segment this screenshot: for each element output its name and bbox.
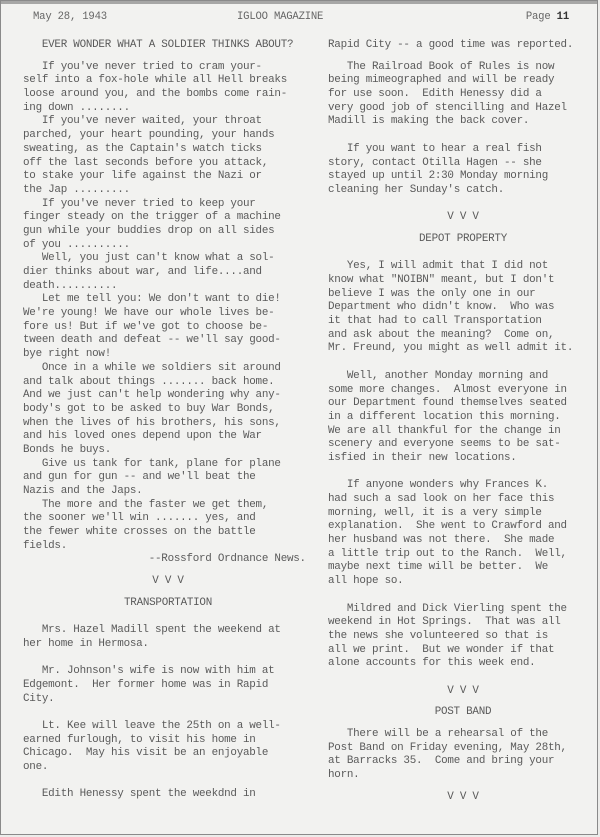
spacer bbox=[23, 567, 313, 575]
text-line: cleaning her Sunday's catch. bbox=[328, 184, 598, 198]
paragraph: There will be a rehearsal of thePost Ban… bbox=[328, 728, 598, 783]
text-line: weekend in Hot Springs. That was all bbox=[328, 616, 598, 630]
text-line: when the lives of his brothers, his sons… bbox=[23, 417, 313, 431]
spacer bbox=[23, 611, 313, 625]
text-line: Lt. Kee will leave the 25th on a well- bbox=[23, 720, 313, 734]
text-line: Department who didn't know. Who was bbox=[328, 301, 598, 315]
text-line: The Railroad Book of Rules is now bbox=[328, 61, 598, 75]
text-line: Edith Henessy spent the weekdnd in bbox=[23, 788, 313, 802]
text-line: know what "NOIBN" meant, but I don't bbox=[328, 274, 598, 288]
text-line: the sooner we'll win ....... yes, and bbox=[23, 512, 313, 526]
right-column: Rapid City -- a good time was reported. … bbox=[328, 39, 598, 804]
text-line: If you've never waited, your throat bbox=[23, 115, 313, 129]
spacer bbox=[23, 706, 313, 720]
spacer bbox=[328, 198, 598, 212]
text-line: Madill is making the back cover. bbox=[328, 115, 598, 129]
spacer bbox=[328, 720, 598, 728]
text-line: at Barracks 35. Come and bring your bbox=[328, 755, 598, 769]
text-line: to stake your life against the Nazi or bbox=[23, 170, 313, 184]
text-line: Nazis and the Japs. bbox=[23, 485, 313, 499]
text-line: a little trip out to the Ranch. Well, bbox=[328, 548, 598, 562]
text-line: Chicago. May his visit be an enjoyable bbox=[23, 747, 313, 761]
scan-edge bbox=[1, 1, 597, 4]
text-line: of you .......... bbox=[23, 239, 313, 253]
text-line: isfied in their new locations. bbox=[328, 452, 598, 466]
text-line: stayed up until 2:30 Monday morning bbox=[328, 170, 598, 184]
text-line: off the last seconds before you attack, bbox=[23, 157, 313, 171]
text-line: We are all thankful for the change in bbox=[328, 425, 598, 439]
text-line: If you've never tried to keep your bbox=[23, 198, 313, 212]
text-line: parched, your heart pounding, your hands bbox=[23, 129, 313, 143]
page-label: Page bbox=[526, 11, 551, 23]
text-line: Mr. Freund, you might as well admit it. bbox=[328, 342, 598, 356]
text-line: it that had to call Transportation bbox=[328, 315, 598, 329]
text-line: dier thinks about war, and life....and bbox=[23, 266, 313, 280]
spacer bbox=[328, 356, 598, 370]
text-line: bye right now! bbox=[23, 348, 313, 362]
text-line: her home in Hermosa. bbox=[23, 638, 313, 652]
section-divider: V V V bbox=[328, 211, 598, 225]
spacer bbox=[328, 53, 598, 61]
spacer bbox=[328, 225, 598, 233]
paragraph: Mildred and Dick Vierling spent theweeke… bbox=[328, 603, 598, 671]
text-line: and ask about the meaning? Come on, bbox=[328, 329, 598, 343]
text-line: morning, well, it is a very simple bbox=[328, 507, 598, 521]
text-line: all hope so. bbox=[328, 575, 598, 589]
text-line: Edgemont. Her former home was in Rapid bbox=[23, 679, 313, 693]
text-line: fields. bbox=[23, 540, 313, 554]
text-line: If you've never tried to cram your- bbox=[23, 61, 313, 75]
text-line: all we print. But we wonder if that bbox=[328, 644, 598, 658]
spacer bbox=[23, 652, 313, 666]
continued-text: Rapid City -- a good time was reported. bbox=[328, 39, 598, 53]
text-line: City. bbox=[23, 693, 313, 707]
text-line: Let me tell you: We don't want to die! bbox=[23, 293, 313, 307]
text-line: finger steady on the trigger of a machin… bbox=[23, 211, 313, 225]
paragraph: Well, another Monday morning andsome mor… bbox=[328, 370, 598, 466]
article-body: If you've never tried to cram your-self … bbox=[23, 61, 313, 554]
text-line: her husband was not there. She made bbox=[328, 534, 598, 548]
text-line: and gun for gun -- and we'll beat the bbox=[23, 471, 313, 485]
section-title-depot-property: DEPOT PROPERTY bbox=[328, 233, 598, 247]
paragraph: If anyone wonders why Frances K.had such… bbox=[328, 479, 598, 589]
magazine-page: May 28, 1943 IGLOO MAGAZINE Page 11 EVER… bbox=[0, 0, 598, 835]
section-divider: V V V bbox=[328, 791, 598, 805]
text-line: and his loved ones depend upon the War bbox=[23, 430, 313, 444]
text-line: the news she volunteered so that is bbox=[328, 630, 598, 644]
text-line: earned furlough, to visit his home in bbox=[23, 734, 313, 748]
paragraph: The Railroad Book of Rules is nowbeing m… bbox=[328, 61, 598, 129]
paragraph: Yes, I will admit that I did notknow wha… bbox=[328, 260, 598, 356]
text-line: scenery and everyone seems to be sat- bbox=[328, 438, 598, 452]
text-line: ing down ........ bbox=[23, 102, 313, 116]
text-line: Post Band on Friday evening, May 28th, bbox=[328, 742, 598, 756]
text-line: the fewer white crosses on the battle bbox=[23, 526, 313, 540]
article-attribution: --Rossford Ordnance News. bbox=[23, 553, 313, 567]
spacer bbox=[328, 671, 598, 685]
spacer bbox=[23, 53, 313, 61]
page-number: Page 11 bbox=[526, 11, 569, 23]
text-line: And we just can't help wondering why any… bbox=[23, 389, 313, 403]
text-line: Yes, I will admit that I did not bbox=[328, 260, 598, 274]
paragraph: If you want to hear a real fishstory, co… bbox=[328, 143, 598, 198]
text-line: very good job of stencilling and Hazel bbox=[328, 102, 598, 116]
text-line: fore us! But if we've got to choose be- bbox=[23, 321, 313, 335]
text-line: Well, another Monday morning and bbox=[328, 370, 598, 384]
spacer bbox=[328, 247, 598, 261]
spacer bbox=[328, 129, 598, 143]
article-title: EVER WONDER WHAT A SOLDIER THINKS ABOUT? bbox=[23, 39, 313, 53]
text-line: If you want to hear a real fish bbox=[328, 143, 598, 157]
text-line: Give us tank for tank, plane for plane bbox=[23, 458, 313, 472]
text-line: being mimeographed and will be ready bbox=[328, 74, 598, 88]
text-line: If anyone wonders why Frances K. bbox=[328, 479, 598, 493]
text-line: believe I was the only one in our bbox=[328, 288, 598, 302]
text-line: sweating, as the Captain's watch ticks bbox=[23, 143, 313, 157]
section-divider: V V V bbox=[23, 575, 313, 589]
page-number-value: 11 bbox=[557, 11, 569, 23]
text-line: We're young! We have our whole lives be- bbox=[23, 307, 313, 321]
text-line: There will be a rehearsal of the bbox=[328, 728, 598, 742]
paragraph: Mrs. Hazel Madill spent the weekend athe… bbox=[23, 624, 313, 651]
section-title-transportation: TRANSPORTATION bbox=[23, 597, 313, 611]
text-line: had such a sad look on her face this bbox=[328, 493, 598, 507]
spacer bbox=[23, 589, 313, 597]
publication-title: IGLOO MAGAZINE bbox=[237, 11, 323, 23]
section-divider: V V V bbox=[328, 685, 598, 699]
text-line: horn. bbox=[328, 769, 598, 783]
text-line: one. bbox=[23, 761, 313, 775]
text-line: loose around you, and the bombs come rai… bbox=[23, 88, 313, 102]
text-line: story, contact Otilla Hagen -- she bbox=[328, 157, 598, 171]
text-line: alone accounts for this week end. bbox=[328, 657, 598, 671]
text-line: Bonds he buys. bbox=[23, 444, 313, 458]
text-line: our Department found themselves seated bbox=[328, 397, 598, 411]
paragraph: Edith Henessy spent the weekdnd in bbox=[23, 788, 313, 802]
spacer bbox=[23, 775, 313, 789]
text-line: for use soon. Edith Henessy did a bbox=[328, 88, 598, 102]
section-title-post-band: POST BAND bbox=[328, 706, 598, 720]
left-column: EVER WONDER WHAT A SOLDIER THINKS ABOUT?… bbox=[23, 39, 313, 802]
spacer bbox=[328, 698, 598, 706]
text-line: Mildred and Dick Vierling spent the bbox=[328, 603, 598, 617]
text-line: explanation. She went to Crawford and bbox=[328, 520, 598, 534]
issue-date: May 28, 1943 bbox=[33, 11, 107, 23]
text-line: Mr. Johnson's wife is now with him at bbox=[23, 665, 313, 679]
text-line: the Jap ......... bbox=[23, 184, 313, 198]
text-line: Mrs. Hazel Madill spent the weekend at bbox=[23, 624, 313, 638]
text-line: Well, you just can't know what a sol- bbox=[23, 252, 313, 266]
spacer bbox=[328, 466, 598, 480]
text-line: self into a fox-hole while all Hell brea… bbox=[23, 74, 313, 88]
text-line: body's got to be asked to buy War Bonds, bbox=[23, 403, 313, 417]
spacer bbox=[328, 783, 598, 791]
text-line: gun while your buddies drop on all sides bbox=[23, 225, 313, 239]
paragraph: Lt. Kee will leave the 25th on a well-ea… bbox=[23, 720, 313, 775]
text-line: some more changes. Almost everyone in bbox=[328, 384, 598, 398]
text-line: and talk about things ....... back home. bbox=[23, 376, 313, 390]
text-line: in a different location this morning. bbox=[328, 411, 598, 425]
paragraph: Mr. Johnson's wife is now with him atEdg… bbox=[23, 665, 313, 706]
text-line: The more and the faster we get them, bbox=[23, 499, 313, 513]
text-line: Once in a while we soldiers sit around bbox=[23, 362, 313, 376]
text-line: death.......... bbox=[23, 280, 313, 294]
text-line: maybe next time will be better. We bbox=[328, 561, 598, 575]
text-line: tween death and defeat -- we'll say good… bbox=[23, 334, 313, 348]
spacer bbox=[328, 589, 598, 603]
